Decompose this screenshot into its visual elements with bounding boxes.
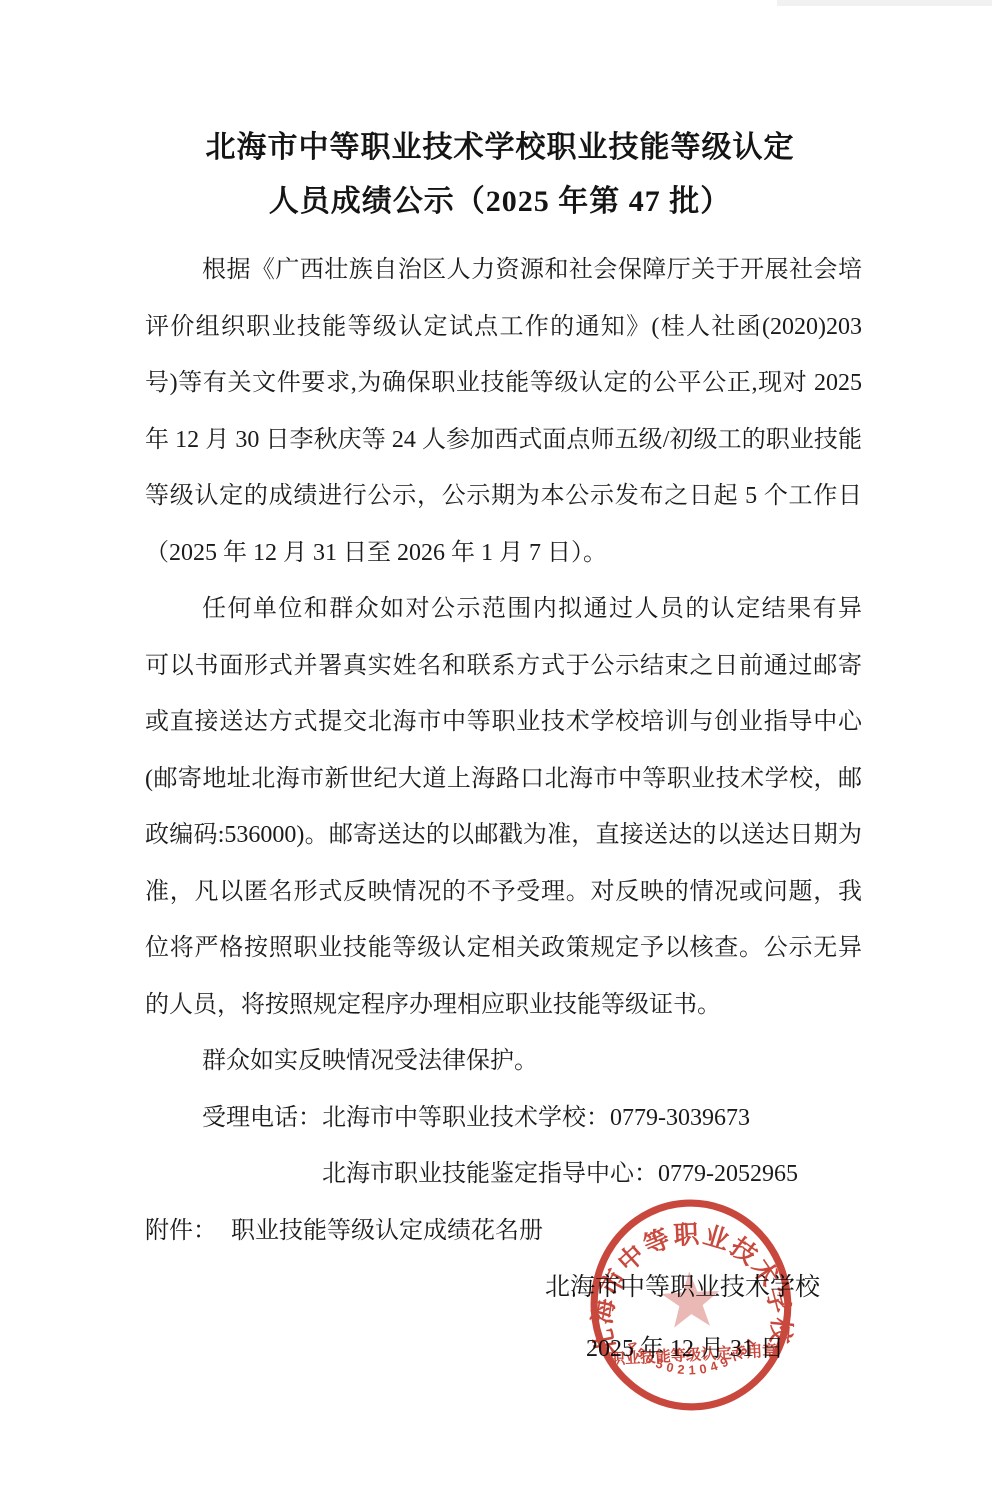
paragraph-2-line: 准，凡以匿名形式反映情况的不予受理。对反映的情况或问题，我单: [145, 864, 862, 921]
paragraph-1-line: 评价组织职业技能等级认定试点工作的通知》(桂人社函(2020)203: [145, 299, 862, 356]
paragraph-2-line: 可以书面形式并署真实姓名和联系方式于公示结束之日前通过邮寄: [145, 638, 862, 695]
official-seal-graphic: 北海市中等职业技术学校 职业技能等级认定专用章 4505021049751: [584, 1194, 799, 1418]
scan-edge-artifact: [777, 0, 992, 6]
contact-phone-line-2: 北海市职业技能鉴定指导中心：0779-2052965: [145, 1146, 862, 1203]
attachment-label: 附件：: [145, 1218, 217, 1244]
seal-star-icon: [660, 1270, 721, 1328]
paragraph-1-line: 根据《广西壮族自治区人力资源和社会保障厅关于开展社会培训: [145, 242, 862, 299]
paragraph-1-line: 等级认定的成绩进行公示，公示期为本公示发布之日起 5 个工作日: [145, 468, 862, 525]
notice-document-page: 北海市中等职业技术学校职业技能等级认定 人员成绩公示（2025 年第 47 批）…: [0, 0, 1000, 1497]
official-seal: 北海市中等职业技术学校 职业技能等级认定专用章 4505021049751: [584, 1194, 799, 1418]
paragraph-1-line: 号)等有关文件要求,为确保职业技能等级认定的公平公正,现对 2025: [145, 355, 862, 412]
paragraph-2-line: 位将严格按照职业技能等级认定相关政策规定予以核查。公示无异议: [145, 920, 862, 977]
paragraph-1-line: （2025 年 12 月 31 日至 2026 年 1 月 7 日）。: [145, 525, 862, 582]
document-body: 根据《广西壮族自治区人力资源和社会保障厅关于开展社会培训 评价组织职业技能等级认…: [145, 242, 862, 1259]
contact-phone-line-1: 受理电话：北海市中等职业技术学校：0779-3039673: [145, 1090, 862, 1147]
title-line-1: 北海市中等职业技术学校职业技能等级认定: [0, 121, 1000, 175]
document-title: 北海市中等职业技术学校职业技能等级认定 人员成绩公示（2025 年第 47 批）: [0, 121, 1000, 229]
paragraph-2-line: 或直接送达方式提交北海市中等职业技术学校培训与创业指导中心: [145, 694, 862, 751]
title-line-2: 人员成绩公示（2025 年第 47 批）: [0, 175, 1000, 229]
paragraph-2-line: 的人员，将按照规定程序办理相应职业技能等级证书。: [145, 977, 862, 1034]
paragraph-2-line: (邮寄地址北海市新世纪大道上海路口北海市中等职业技术学校，邮: [145, 751, 862, 808]
paragraph-2-line: 政编码:536000)。邮寄送达的以邮戳为准，直接送达的以送达日期为: [145, 807, 862, 864]
attachment-title: 职业技能等级认定成绩花名册: [231, 1218, 543, 1244]
paragraph-2-line: 任何单位和群众如对公示范围内拟通过人员的认定结果有异议，: [145, 581, 862, 638]
paragraph-1-line: 年 12 月 30 日李秋庆等 24 人参加西式面点师五级/初级工的职业技能: [145, 412, 862, 469]
paragraph-3-line: 群众如实反映情况受法律保护。: [145, 1033, 862, 1090]
